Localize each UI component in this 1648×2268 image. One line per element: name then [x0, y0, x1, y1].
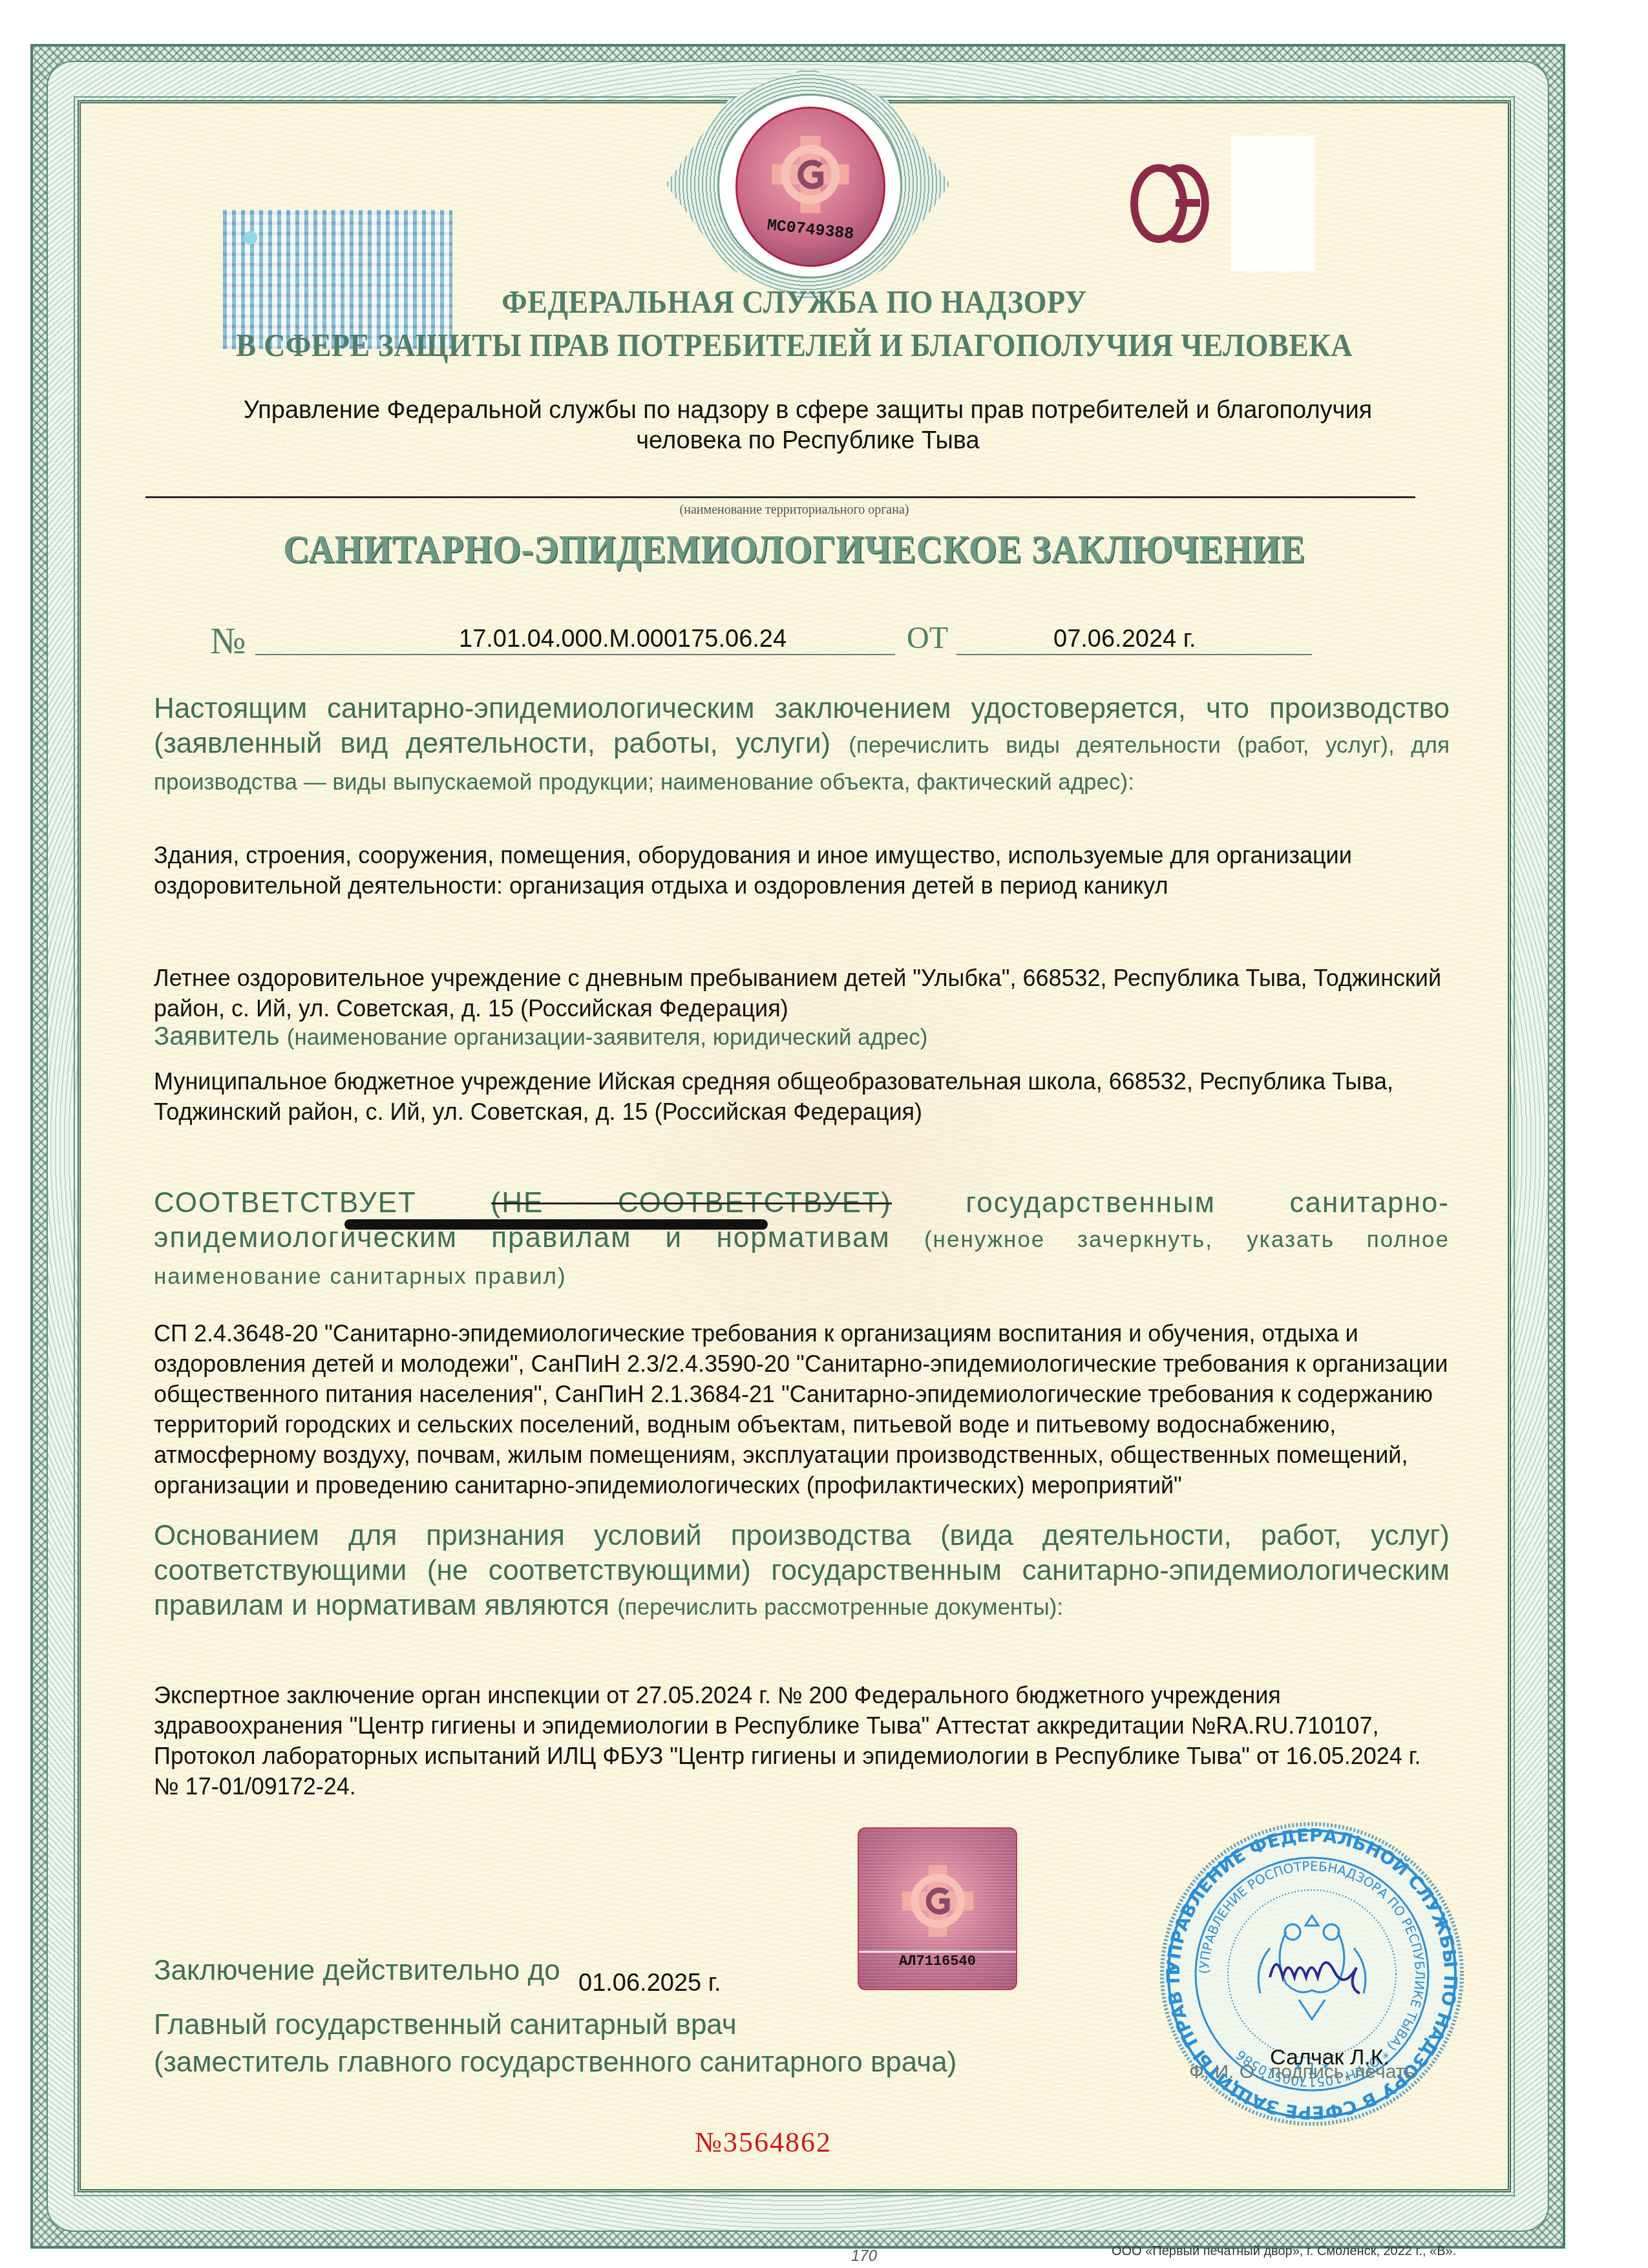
agency-name-line1: ФЕДЕРАЛЬНАЯ СЛУЖБА ПО НАДЗОРУ	[135, 283, 1454, 320]
struck-option: (НЕ СООТВЕТСТВУЕТ)	[491, 1187, 892, 1219]
sanitary-rules-list: СП 2.4.3648-20 "Санитарно-эпидемиологиче…	[154, 1318, 1450, 1500]
territorial-body-underline	[145, 496, 1415, 498]
applicant-value: Муниципальное бюджетное учреждение Ийска…	[154, 1066, 1450, 1127]
applicant-label: Заявитель	[154, 1022, 280, 1051]
signatory-title-line2: (заместитель главного государственного с…	[154, 2044, 956, 2081]
production-intro: Настоящим санитарно-эпидемиологическим з…	[154, 691, 1450, 800]
validity-label: Заключение действительно до	[154, 1955, 560, 1987]
conformity-statement: СООТВЕТСТВУЕТ (НЕ СООТВЕТСТВУЕТ) государ…	[154, 1186, 1450, 1294]
agency-name-line2: В СФЕРЕ ЗАЩИТЫ ПРАВ ПОТРЕБИТЕЛЕЙ И БЛАГО…	[135, 326, 1454, 364]
rospotrebnadzor-emblem-icon	[899, 1862, 977, 1940]
rospotrebnadzor-emblem-icon	[768, 132, 852, 216]
signatory-title-line1: Главный государственный санитарный врач	[154, 2006, 956, 2044]
blank-security-patch	[1231, 136, 1315, 271]
activity-description: Здания, строения, сооружения, помещения,…	[154, 840, 1450, 901]
territorial-body-name: Управление Федеральной службы по надзору…	[129, 395, 1486, 456]
certificate-date: 07.06.2024 г.	[1053, 625, 1196, 653]
certificate-number: 17.01.04.000.М.000175.06.24	[459, 625, 787, 653]
basis-note: (перечислить рассмотренные документы):	[617, 1595, 1063, 1620]
marker-strike-line	[344, 1219, 768, 1230]
validity-date: 01.06.2025 г.	[578, 1969, 721, 1997]
basis-documents: Экспертное заключение орган инспекции от…	[154, 1680, 1450, 1801]
territorial-body-caption: (наименование территориального органа)	[78, 503, 1511, 518]
number-sign: №	[210, 619, 246, 662]
territorial-body-line2: человека по Республике Тыва	[129, 426, 1486, 456]
applicant-note: (наименование организации-заявителя, юри…	[287, 1025, 928, 1050]
handwritten-note: 170	[851, 2247, 877, 2265]
hologram-sticker-bottom: АЛ7116540	[858, 1827, 1017, 1990]
document-title: САНИТАРНО-ЭПИДЕМИОЛОГИЧЕСКОЕ ЗАКЛЮЧЕНИЕ	[149, 527, 1439, 572]
conformity-status: СООТВЕТСТВУЕТ	[154, 1187, 417, 1219]
object-address: Летнее оздоровительное учреждение с днев…	[154, 963, 1450, 1024]
hologram-serial: МС0749388	[737, 213, 884, 246]
territorial-body-line1: Управление Федеральной службы по надзору…	[129, 395, 1486, 426]
printer-imprint: ООО «Первый печатный двор», г. Смоленск,…	[1112, 2244, 1456, 2259]
from-label: ОТ	[907, 620, 948, 656]
signer-name: Салчак Л.К.	[1270, 2045, 1389, 2070]
basis-statement: Основанием для признания условий произво…	[154, 1518, 1450, 1625]
conformity-note-1: (ненужное зачеркнуть,	[924, 1227, 1213, 1252]
signatory-title: Главный государственный санитарный врач …	[154, 2006, 956, 2081]
hologram-serial-bottom: АЛ7116540	[859, 1953, 1016, 1969]
applicant-heading: Заявитель (наименование организации-заяв…	[154, 1021, 1450, 1053]
hologram-sticker: МС0749388	[735, 107, 885, 267]
date-underline	[956, 654, 1312, 655]
number-underline	[255, 654, 895, 655]
hologram-scanline	[859, 1951, 1016, 1953]
form-serial-number: №3564862	[695, 2126, 832, 2159]
se-mark-logo	[1128, 162, 1218, 246]
certificate-number-row: № 17.01.04.000.М.000175.06.24 ОТ 07.06.2…	[210, 619, 1309, 658]
hologram-medallion-top: МС0749388	[666, 68, 950, 300]
